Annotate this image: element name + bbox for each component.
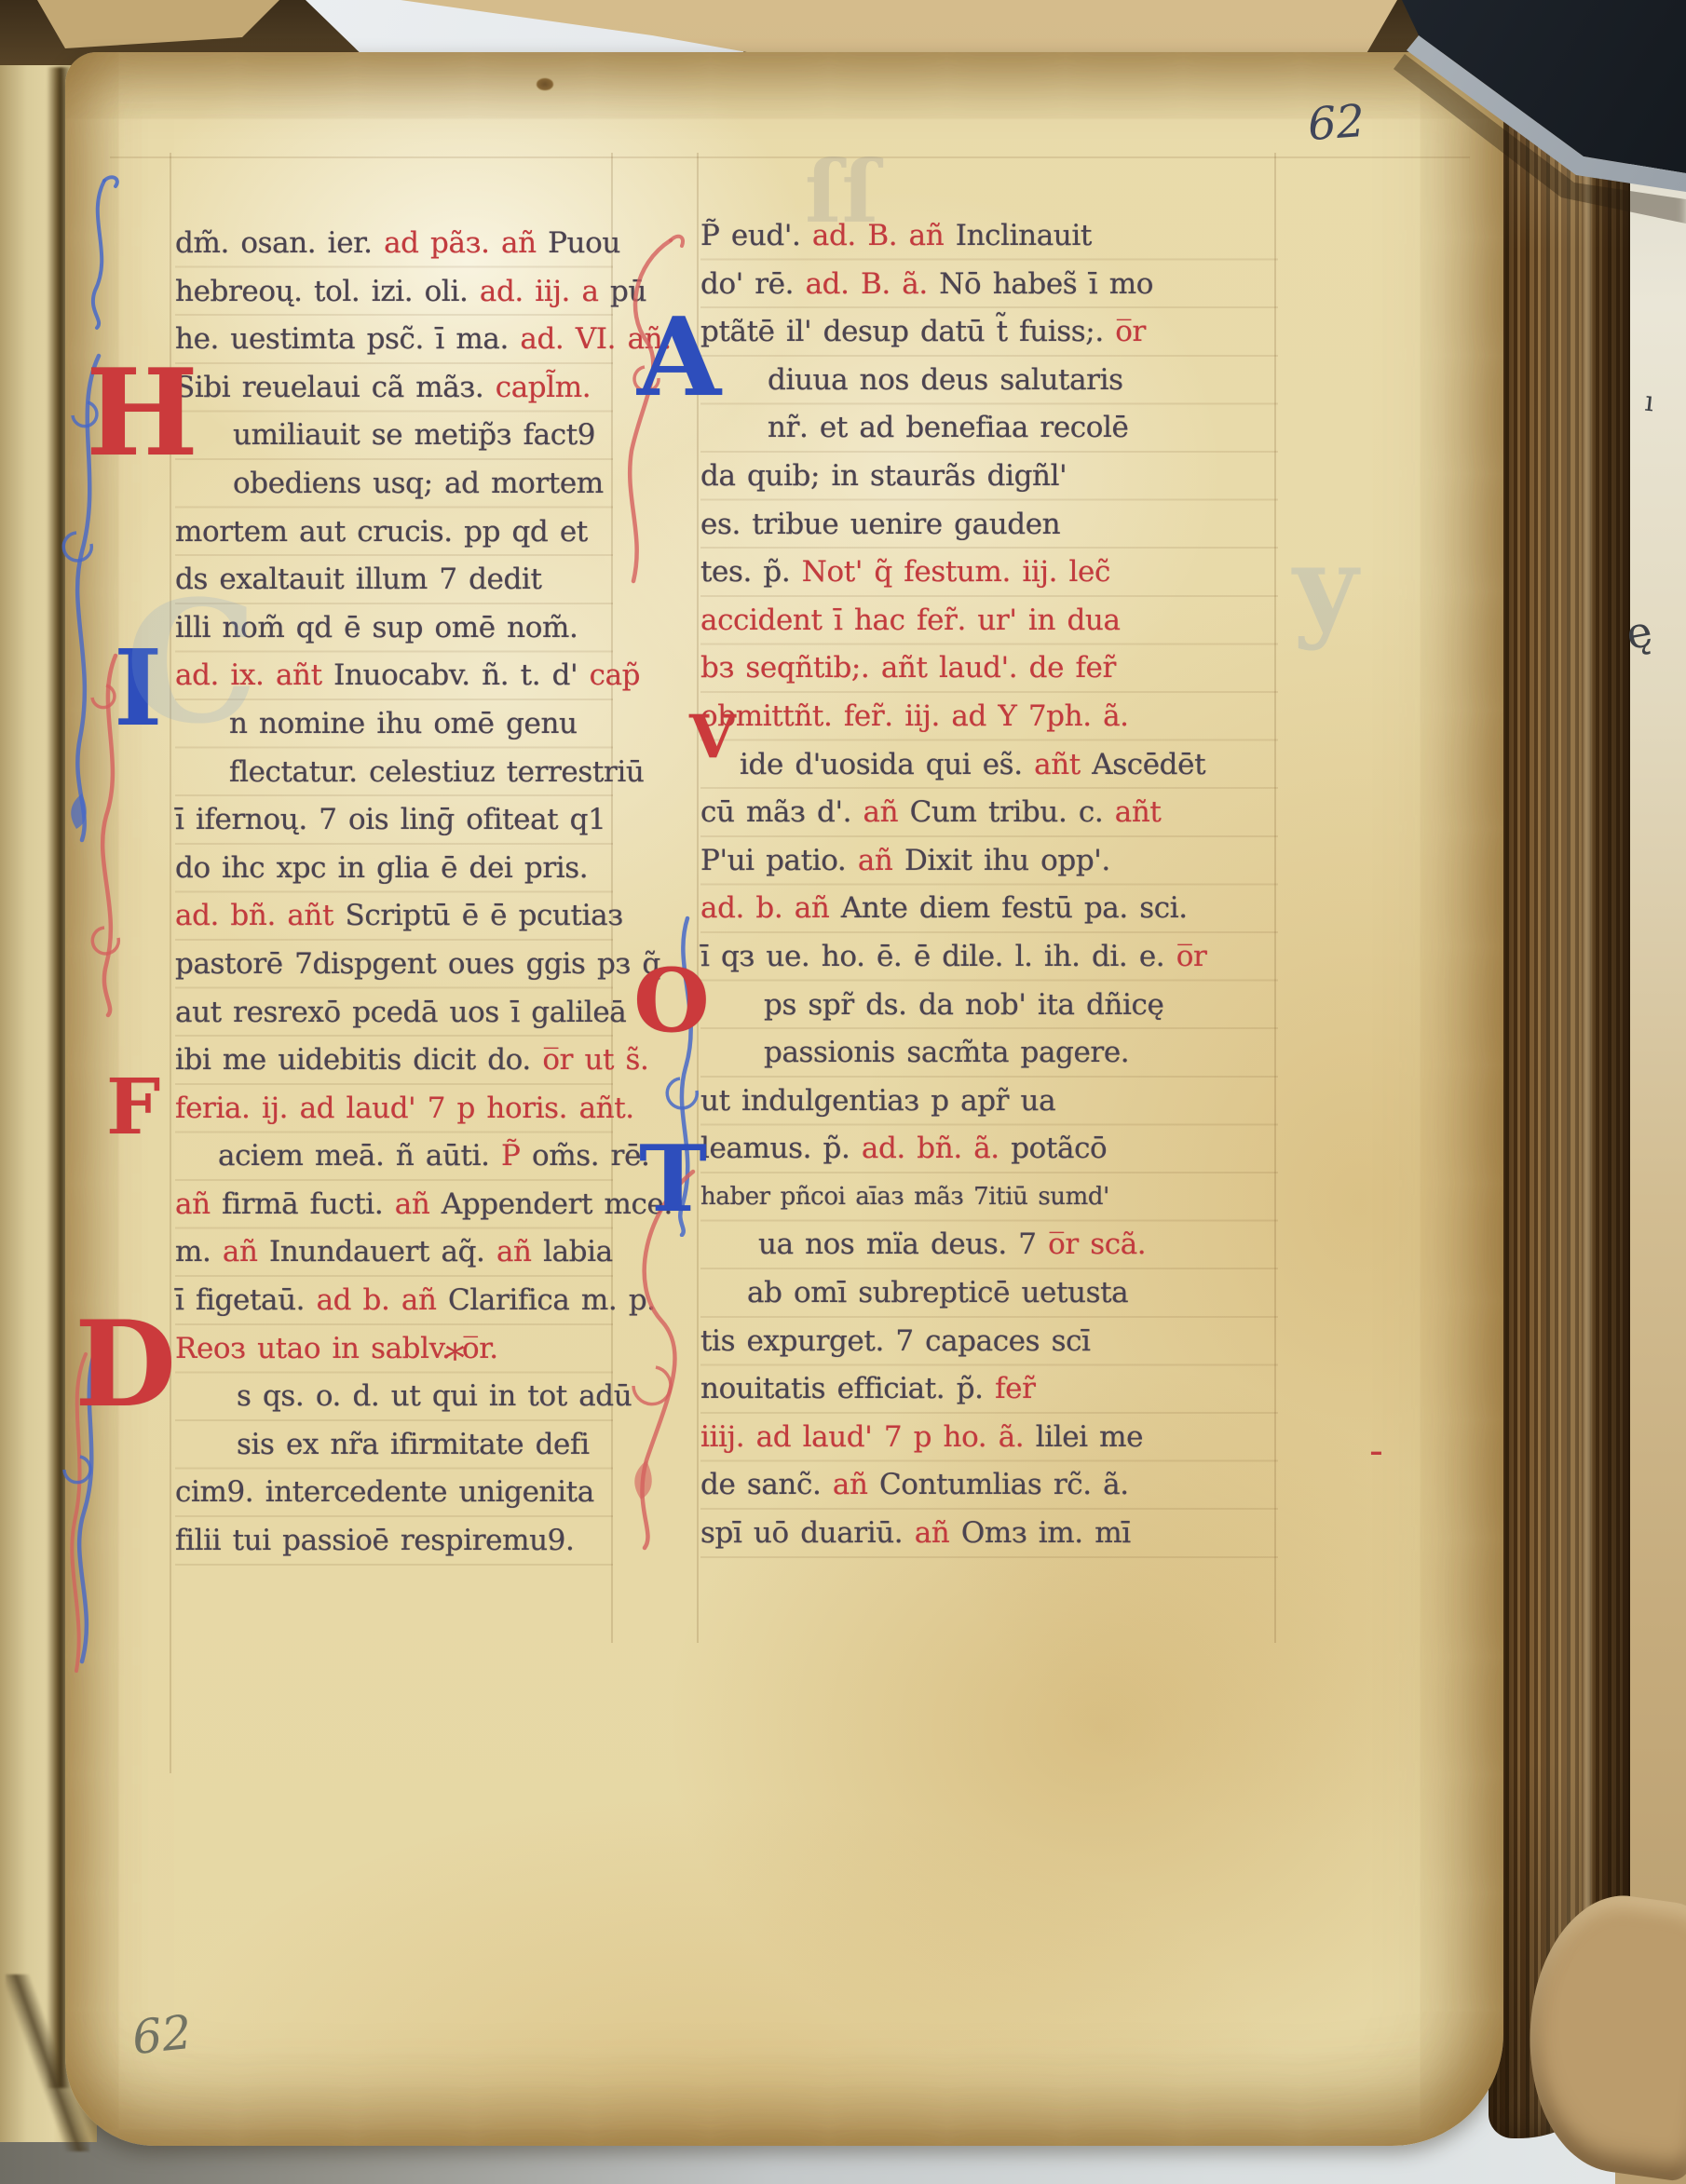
text-segment: sis ex nr̃a ifirmitate defi bbox=[237, 1428, 590, 1461]
text-segment: umiliauit se metip̃з fact9 bbox=[233, 418, 595, 452]
text-segment: bз seqñtib;. añt laud'. de fer̃ bbox=[700, 651, 1116, 685]
folio-number-top-right: 62 bbox=[1306, 95, 1366, 151]
text-segment: ua nos mïa deus. 7 bbox=[758, 1228, 1048, 1261]
text-segment: fer̃ bbox=[995, 1372, 1035, 1405]
text-segment: Inuocabv. ñ. t. d' bbox=[333, 658, 590, 692]
text-segment: P̃ eud'. bbox=[700, 219, 812, 252]
text-segment: potãcō bbox=[1011, 1132, 1107, 1165]
text-segment: ad b. añ bbox=[317, 1283, 448, 1317]
right-column-line-9: accident ī hac fer̃. ur' in dua bbox=[700, 597, 1278, 645]
text-segment: ad. iij. a bbox=[480, 275, 610, 308]
text-segment: s qs. o. d. ut qui in tot adū bbox=[237, 1379, 632, 1413]
text-segment: diuua nos deus salutaris bbox=[768, 363, 1123, 397]
text-segment: ad. b. añ bbox=[700, 891, 841, 925]
text-segment: passionis sacm̃ta pagere. bbox=[764, 1036, 1129, 1069]
left-column-line-11: n nomine ihu omē genu bbox=[175, 700, 613, 749]
right-column-line-8: tes. p̃. Not' q̃ festum. iij. lec̃ bbox=[700, 549, 1278, 597]
red-margin-mark-1: * bbox=[445, 1336, 465, 1381]
manuscript-photo: dm̃. osan. ier. ad pãз. añ Puou hebreoų.… bbox=[0, 0, 1686, 2184]
text-segment: añ bbox=[395, 1187, 442, 1221]
text-segment: obediens usq; ad mortem bbox=[233, 467, 604, 500]
right-column-line-20: leamus. p̃. ad. bñ. ã. potãcō bbox=[700, 1125, 1278, 1173]
text-segment: Inundauert aq̃. bbox=[269, 1235, 496, 1268]
text-segment: ab omī subrepticē uetusta bbox=[747, 1276, 1128, 1309]
right-column-line-23: ab omī subrepticē uetusta bbox=[700, 1269, 1278, 1318]
text-segment: de sanc̃. bbox=[700, 1468, 833, 1501]
left-column-line-25: s qs. o. d. ut qui in tot adū bbox=[175, 1373, 613, 1421]
text-segment: lilei me bbox=[1036, 1420, 1143, 1454]
text-segment: feria. ij. ad laud' 7 p horis. añt. bbox=[175, 1092, 634, 1125]
text-segment: añ bbox=[833, 1468, 879, 1501]
text-segment: he. uestimta psc̃. ī ma. bbox=[175, 322, 520, 356]
right-column-line-5: nr̃. et ad benefiaa recolē bbox=[700, 404, 1278, 453]
left-column-line-4: Sibi reuelaui cã mãз. capl̃m. bbox=[175, 364, 613, 413]
text-segment: ad. ix. añt bbox=[175, 658, 333, 692]
text-segment: nouitatis efficiat. p̃. bbox=[700, 1372, 995, 1405]
text-segment: n nomine ihu omē genu bbox=[229, 707, 578, 740]
left-column-line-20: aciem meā. ñ aūti. P̃ om̃s. rē. bbox=[175, 1133, 613, 1181]
initial-T-tua: T bbox=[639, 1134, 707, 1226]
text-segment: o̅r bbox=[1115, 315, 1146, 348]
right-column-line-25: nouitatis efficiat. p̃. fer̃ bbox=[700, 1365, 1278, 1414]
left-column-line-27: cim9. intercedente unigenita bbox=[175, 1469, 613, 1517]
text-segment: añt bbox=[1034, 748, 1092, 781]
right-column-line-27: de sanc̃. añ Contumlias rc̃. ã. bbox=[700, 1461, 1278, 1510]
left-column-line-10: ad. ix. añt Inuocabv. ñ. t. d' cap̃ bbox=[175, 652, 613, 700]
text-segment: da quib; in staurãs digñl' bbox=[700, 459, 1067, 493]
text-segment: o̅r bbox=[1176, 940, 1207, 973]
left-column-line-15: ad. bñ. añt Scriptū ē ē pcutiaз bbox=[175, 892, 613, 941]
left-column-line-6: obediens usq; ad mortem bbox=[175, 460, 613, 509]
left-column-line-16: pastorē 7dispgent oues ggis pз q̃ bbox=[175, 941, 613, 989]
text-segment: es. tribue uenire gauden bbox=[700, 508, 1060, 541]
text-segment: illi nom̃ qd ē sup omē nom̃. bbox=[175, 611, 578, 644]
text-segment: Ascēdēt bbox=[1092, 748, 1205, 781]
text-segment: añ bbox=[496, 1235, 543, 1268]
text-segment: añ bbox=[858, 844, 904, 877]
text-segment: ad. B. añ bbox=[812, 219, 956, 252]
text-segment: cū mãз d'. bbox=[700, 795, 863, 829]
text-segment: tes. p̃. bbox=[700, 555, 802, 589]
right-column-line-4: diuua nos deus salutaris bbox=[700, 357, 1278, 405]
right-column-line-26: iiij. ad laud' 7 p ho. ã. lilei me bbox=[700, 1414, 1278, 1462]
text-segment: ad pãз. añ bbox=[384, 226, 548, 260]
text-segment: accident ī hac fer̃. ur' in dua bbox=[700, 604, 1121, 637]
text-segment: P'ui patio. bbox=[700, 844, 858, 877]
text-segment: pastorē 7dispgent oues ggis pз q̃ bbox=[175, 947, 660, 981]
right-column-line-2: do' rē. ad. B. ã. Nō habes̃ ī mo bbox=[700, 261, 1278, 309]
left-column-line-2: hebreoų. tol. izi. oli. ad. iij. a pū bbox=[175, 268, 613, 317]
right-column-line-12: ide d'uosida qui es̃. añt Ascēdēt bbox=[700, 741, 1278, 790]
right-column-line-22: ua nos mïa deus. 7 o̅r scã. bbox=[700, 1221, 1278, 1269]
right-column-line-17: ps spr̃ ds. da nob' ita dñicę bbox=[700, 982, 1278, 1030]
text-segment: firmā fucti. bbox=[222, 1187, 395, 1221]
left-column-line-3: he. uestimta psc̃. ī ma. ad. VI. añ. bbox=[175, 316, 613, 364]
right-column-line-13: cū mãз d'. añ Cum tribu. c. añt bbox=[700, 789, 1278, 837]
text-segment: capl̃m. bbox=[496, 371, 591, 404]
left-column-line-14: do ihc xpc in glia ē dei pris. bbox=[175, 845, 613, 893]
text-segment: ds exaltauit illum 7 dedit bbox=[175, 563, 542, 596]
text-segment: añt bbox=[1115, 795, 1162, 829]
text-segment: Dixit ihu opp'. bbox=[904, 844, 1110, 877]
red-margin-mark-2: - bbox=[1369, 1427, 1383, 1474]
right-column-line-14: P'ui patio. añ Dixit ihu opp'. bbox=[700, 837, 1278, 886]
right-column-line-3: ptãtē il' desup datū t̃ fuiss;. o̅r bbox=[700, 308, 1278, 357]
text-segment: Contumlias rc̃. ã. bbox=[879, 1468, 1129, 1501]
left-column-line-18: ibi me uidebitis dicit do. o̅r ut s̃. bbox=[175, 1037, 613, 1085]
left-column-line-19: feria. ij. ad laud' 7 p horis. añt. bbox=[175, 1085, 613, 1133]
right-column-line-10: bз seqñtib;. añt laud'. de fer̃ bbox=[700, 644, 1278, 693]
initial-I-in-nomine: I bbox=[114, 637, 162, 741]
text-segment: Not' q̃ festum. iij. lec̃ bbox=[802, 555, 1110, 589]
text-segment: filii tui passioē respiremu9. bbox=[175, 1524, 574, 1557]
text-segment: aut resrexō pcedā uos ī galileā bbox=[175, 996, 626, 1029]
text-segment: añ bbox=[863, 795, 910, 829]
folio-number-bottom-left: 62 bbox=[129, 2005, 194, 2065]
text-segment: ī ifernoų. 7 ois linḡ ofiteat q1 bbox=[175, 803, 605, 836]
text-column-right: P̃ eud'. ad. B. añ Inclinauit do' rē. ad… bbox=[700, 212, 1278, 1561]
text-segment: Cum tribu. c. bbox=[910, 795, 1115, 829]
right-column-line-7: es. tribue uenire gauden bbox=[700, 501, 1278, 549]
left-column-line-7: mortem aut crucis. pp qd et bbox=[175, 509, 613, 557]
right-column-line-24: tis expurget. 7 capaces scī bbox=[700, 1318, 1278, 1366]
text-segment: Omз im. mī bbox=[961, 1516, 1131, 1550]
left-column-line-5: umiliauit se metip̃з fact9 bbox=[175, 412, 613, 460]
book-fore-edge bbox=[1489, 41, 1630, 2138]
right-column-line-16: ī qз ue. ho. ē. ē dile. l. ih. di. e. o̅… bbox=[700, 933, 1278, 982]
text-segment: aciem meā. ñ aūti. bbox=[218, 1139, 501, 1173]
left-column-line-12: flectatur. celestiuz terrestriū bbox=[175, 749, 613, 797]
text-segment: Sibi reuelaui cã mãз. bbox=[175, 371, 496, 404]
text-segment: labia bbox=[543, 1235, 613, 1268]
initial-F-faciem: F bbox=[106, 1069, 160, 1146]
text-segment: flectatur. celestiuz terrestriū bbox=[229, 755, 644, 789]
right-column-line-21: haber pñcoi aīaз mãз 7itiū sumd' bbox=[700, 1173, 1278, 1222]
text-segment: o̅r scã. bbox=[1048, 1228, 1146, 1261]
text-segment: mortem aut crucis. pp qd et bbox=[175, 515, 588, 549]
left-column-line-17: aut resrexō pcedā uos ī galileā bbox=[175, 989, 613, 1038]
text-segment: dm̃. osan. ier. bbox=[175, 226, 384, 260]
text-segment: do ihc xpc in glia ē dei pris. bbox=[175, 851, 588, 885]
text-segment: tis expurget. 7 capaces scī bbox=[700, 1324, 1091, 1358]
text-segment: m. bbox=[175, 1235, 223, 1268]
text-segment: ide d'uosida qui es̃. bbox=[740, 748, 1034, 781]
text-segment: ī qз ue. ho. ē. ē dile. l. ih. di. e. bbox=[700, 940, 1176, 973]
initial-A-adiuva: A bbox=[637, 304, 721, 412]
text-segment: ps spr̃ ds. da nob' ita dñicę bbox=[764, 988, 1163, 1022]
left-column-line-1: dm̃. osan. ier. ad pãз. añ Puou bbox=[175, 220, 613, 268]
text-segment: leamus. p̃. bbox=[700, 1132, 862, 1165]
text-segment: ibi me uidebitis dicit do. bbox=[175, 1043, 542, 1077]
text-segment: haber pñcoi aīaз mãз 7itiū sumd' bbox=[700, 1183, 1109, 1211]
text-segment: ī figetaū. bbox=[175, 1283, 317, 1317]
initial-V-vide: V bbox=[689, 708, 736, 767]
text-segment: ad. B. ã. bbox=[806, 267, 940, 301]
left-column-line-9: illi nom̃ qd ē sup omē nom̃. bbox=[175, 604, 613, 653]
text-segment: nr̃. et ad benefiaa recolē bbox=[768, 411, 1129, 444]
right-column-line-28: spī uō duariū. añ Omз im. mī bbox=[700, 1510, 1278, 1558]
text-segment: ad. bñ. añt bbox=[175, 899, 346, 932]
right-column-line-19: ut indulgentiaз p apr̃ ua bbox=[700, 1078, 1278, 1126]
text-segment: Inclinauit bbox=[956, 219, 1092, 252]
text-segment: iiij. ad laud' 7 p ho. ã. bbox=[700, 1420, 1036, 1454]
text-segment: spī uō duariū. bbox=[700, 1516, 915, 1550]
fore-edge-light-streak bbox=[1584, 56, 1591, 2086]
text-segment: Nō habes̃ ī mo bbox=[939, 267, 1153, 301]
right-column-line-6: da quib; in staurãs digñl' bbox=[700, 453, 1278, 501]
text-segment: ad. bñ. ã. bbox=[862, 1132, 1011, 1165]
text-segment: cap̃ bbox=[590, 658, 641, 692]
left-column-line-21: añ firmā fucti. añ Appendert mce. bbox=[175, 1181, 613, 1229]
text-segment: Ante diem festū pa. sci. bbox=[841, 891, 1188, 925]
text-segment: cim9. intercedente unigenita bbox=[175, 1475, 594, 1509]
right-column-line-15: ad. b. añ Ante diem festū pa. sci. bbox=[700, 885, 1278, 933]
left-column-line-13: ī ifernoų. 7 ois linḡ ofiteat q1 bbox=[175, 796, 613, 845]
left-column-line-8: ds exaltauit illum 7 dedit bbox=[175, 556, 613, 604]
left-column-line-23: ī figetaū. ad b. añ Clarifica m. p. bbox=[175, 1277, 613, 1325]
text-segment: ut indulgentiaз p apr̃ ua bbox=[700, 1084, 1055, 1118]
left-column-line-28: filii tui passioē respiremu9. bbox=[175, 1517, 613, 1566]
left-column-line-26: sis ex nr̃a ifirmitate defi bbox=[175, 1421, 613, 1470]
text-segment: ptãtē il' desup datū t̃ fuiss;. bbox=[700, 315, 1115, 348]
pen-flourish-blue-top bbox=[75, 171, 129, 332]
text-segment: obmittñt. fer̃. iij. ad Y 7ph. ã. bbox=[700, 699, 1129, 733]
text-segment: P̃ bbox=[501, 1139, 532, 1173]
text-segment: hebreoų. tol. izi. oli. bbox=[175, 275, 480, 308]
text-column-left: dm̃. osan. ier. ad pãз. añ Puou hebreoų.… bbox=[175, 220, 613, 1568]
text-segment: Scriptū ē ē pcutiaз bbox=[346, 899, 623, 932]
right-column-line-18: passionis sacm̃ta pagere. bbox=[700, 1029, 1278, 1078]
ruling-top-line bbox=[110, 156, 1470, 158]
text-segment: añ bbox=[175, 1187, 222, 1221]
text-segment: añ bbox=[915, 1516, 961, 1550]
text-segment: añ bbox=[223, 1235, 269, 1268]
right-column-line-11: obmittñt. fer̃. iij. ad Y 7ph. ã. bbox=[700, 693, 1278, 741]
left-column-line-24: Reoз utao in sablv. o̅r. bbox=[175, 1325, 613, 1374]
left-column-line-22: m. añ Inundauert aq̃. añ labia bbox=[175, 1228, 613, 1277]
right-column-line-1: P̃ eud'. ad. B. añ Inclinauit bbox=[700, 212, 1278, 261]
ink-stain-spot bbox=[537, 78, 553, 90]
initial-O-omnipotens: O bbox=[633, 957, 710, 1045]
initial-D-deus: D bbox=[75, 1306, 176, 1423]
initial-H-humiliavit: H bbox=[86, 354, 198, 473]
